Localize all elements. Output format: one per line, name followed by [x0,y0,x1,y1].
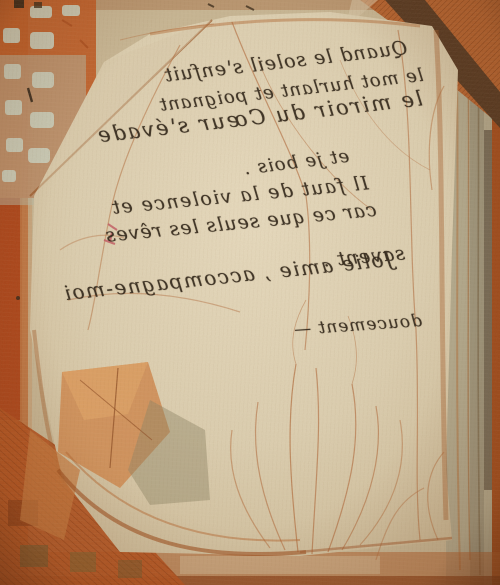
artwork-photo: Quand le soleil s'enfuit le mot hurlant … [0,0,500,585]
